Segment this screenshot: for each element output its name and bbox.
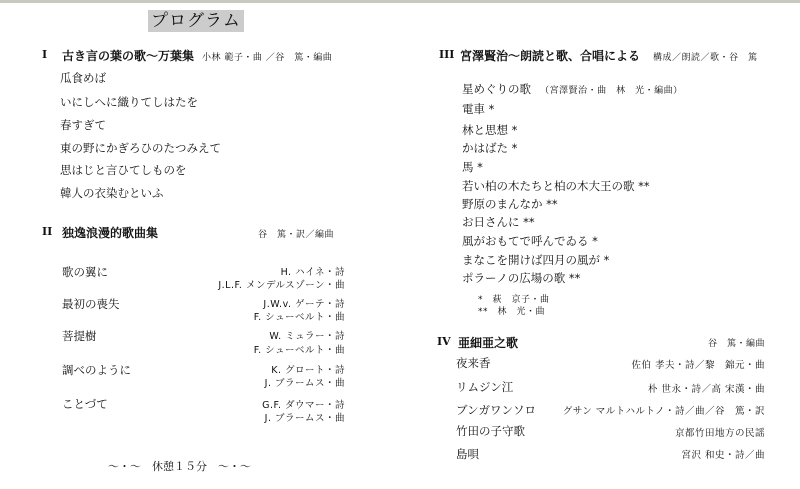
song-title: ことづて [62, 396, 108, 412]
list-item: 馬 * [462, 159, 483, 175]
section-2-credit: 谷 篤・訳／編曲 [258, 227, 334, 240]
section-3-credit: 構成／朗読／歌・谷 篤 [653, 50, 758, 63]
section-3-title: 宮澤賢治〜朗読と歌、合唱による [460, 47, 640, 64]
song-credit: 宮沢 和史・詩／曲 [681, 447, 765, 461]
song-lyricist: W. ミュラー・詩 [269, 328, 345, 342]
list-item: 風がおもてで呼んでゐる * [462, 233, 598, 249]
song-title: 竹田の子守歌 [456, 423, 525, 439]
song-title: 菩提樹 [62, 328, 97, 344]
song-credit: 京都竹田地方の民謡 [675, 425, 765, 439]
song-lyricist: J.W.v. ゲーテ・詩 [263, 296, 345, 310]
song-title: リムジン江 [456, 379, 513, 395]
section-2-numeral: II [42, 225, 52, 238]
song-credit: 朴 世永・詩／高 宋漢・曲 [648, 381, 765, 395]
section-1-title: 古き言の葉の歌〜万葉集 [62, 47, 194, 64]
section-3-numeral: III [439, 48, 454, 61]
list-item: いにしへに織りてしはたを [60, 94, 198, 110]
song-lyricist: G.F. ダウマー・詩 [262, 397, 345, 411]
song-title: 夜来香 [456, 355, 491, 371]
list-item: 思はじと言ひてしものを [60, 162, 187, 178]
section-4-title: 亜細亜之歌 [458, 334, 518, 351]
list-item: 春すぎて [60, 117, 106, 133]
list-item: ポラーノの広場の歌 ** [462, 270, 580, 286]
section-4-numeral: IV [437, 335, 451, 348]
song-lyricist: H. ハイネ・詩 [281, 264, 345, 278]
song-composer: F. シューベルト・曲 [254, 309, 345, 323]
list-item: かはばた * [462, 140, 517, 156]
list-item: お日さんに ** [462, 214, 535, 230]
list-item: 若い柏の木たちと柏の木大王の歌 ** [462, 178, 650, 194]
song-credit: グサン マルトハルトノ・詩／曲／谷 篤・訳 [563, 403, 765, 417]
song-lyricist: K. グロート・詩 [271, 362, 345, 376]
list-item: 林と思想 * [462, 122, 517, 138]
song-title: ブンガワンソロ [456, 402, 536, 418]
song-credit: 佐伯 孝夫・詩／黎 錦元・曲 [631, 357, 765, 371]
song-title: 島唄 [456, 446, 479, 462]
song-composer: F. シューベルト・曲 [254, 342, 345, 356]
song-title: 星めぐりの歌 [462, 82, 531, 96]
page-title: プログラム [148, 10, 244, 32]
list-item: 瓜食めば [60, 70, 106, 86]
song-composer: J. ブラームス・曲 [265, 375, 345, 389]
song-credit: （宮澤賢治・曲 林 光・編曲） [540, 86, 683, 96]
list-item: 野原のまんなか ** [462, 196, 558, 212]
intermission-note: 〜・〜 休憩１５分 〜・〜 [108, 458, 251, 474]
song-title: 最初の喪失 [62, 296, 120, 312]
list-item: 電車 * [462, 101, 494, 117]
song-composer: J.L.F. メンデルスゾーン・曲 [218, 277, 345, 291]
section-1-credit: 小林 範子・曲 ／谷 篤・編曲 [202, 50, 332, 63]
list-item: 韓人の衣染むといふ [60, 185, 164, 201]
footnote: ** 林 光・曲 [478, 304, 545, 317]
song-title: 歌の翼に [62, 264, 108, 280]
section-4-credit: 谷 篤・編曲 [708, 336, 765, 349]
list-item-first: 星めぐりの歌 （宮澤賢治・曲 林 光・編曲） [462, 78, 683, 97]
song-title: 調べのように [62, 362, 131, 378]
section-2-title: 独逸浪漫的歌曲集 [62, 224, 158, 241]
section-1-numeral: I [42, 48, 47, 61]
top-border [0, 0, 800, 3]
song-composer: J. ブラームス・曲 [265, 410, 345, 424]
list-item: まなこを開けば四月の風が * [462, 252, 609, 268]
list-item: 東の野にかぎろひのたつみえて [60, 140, 221, 156]
